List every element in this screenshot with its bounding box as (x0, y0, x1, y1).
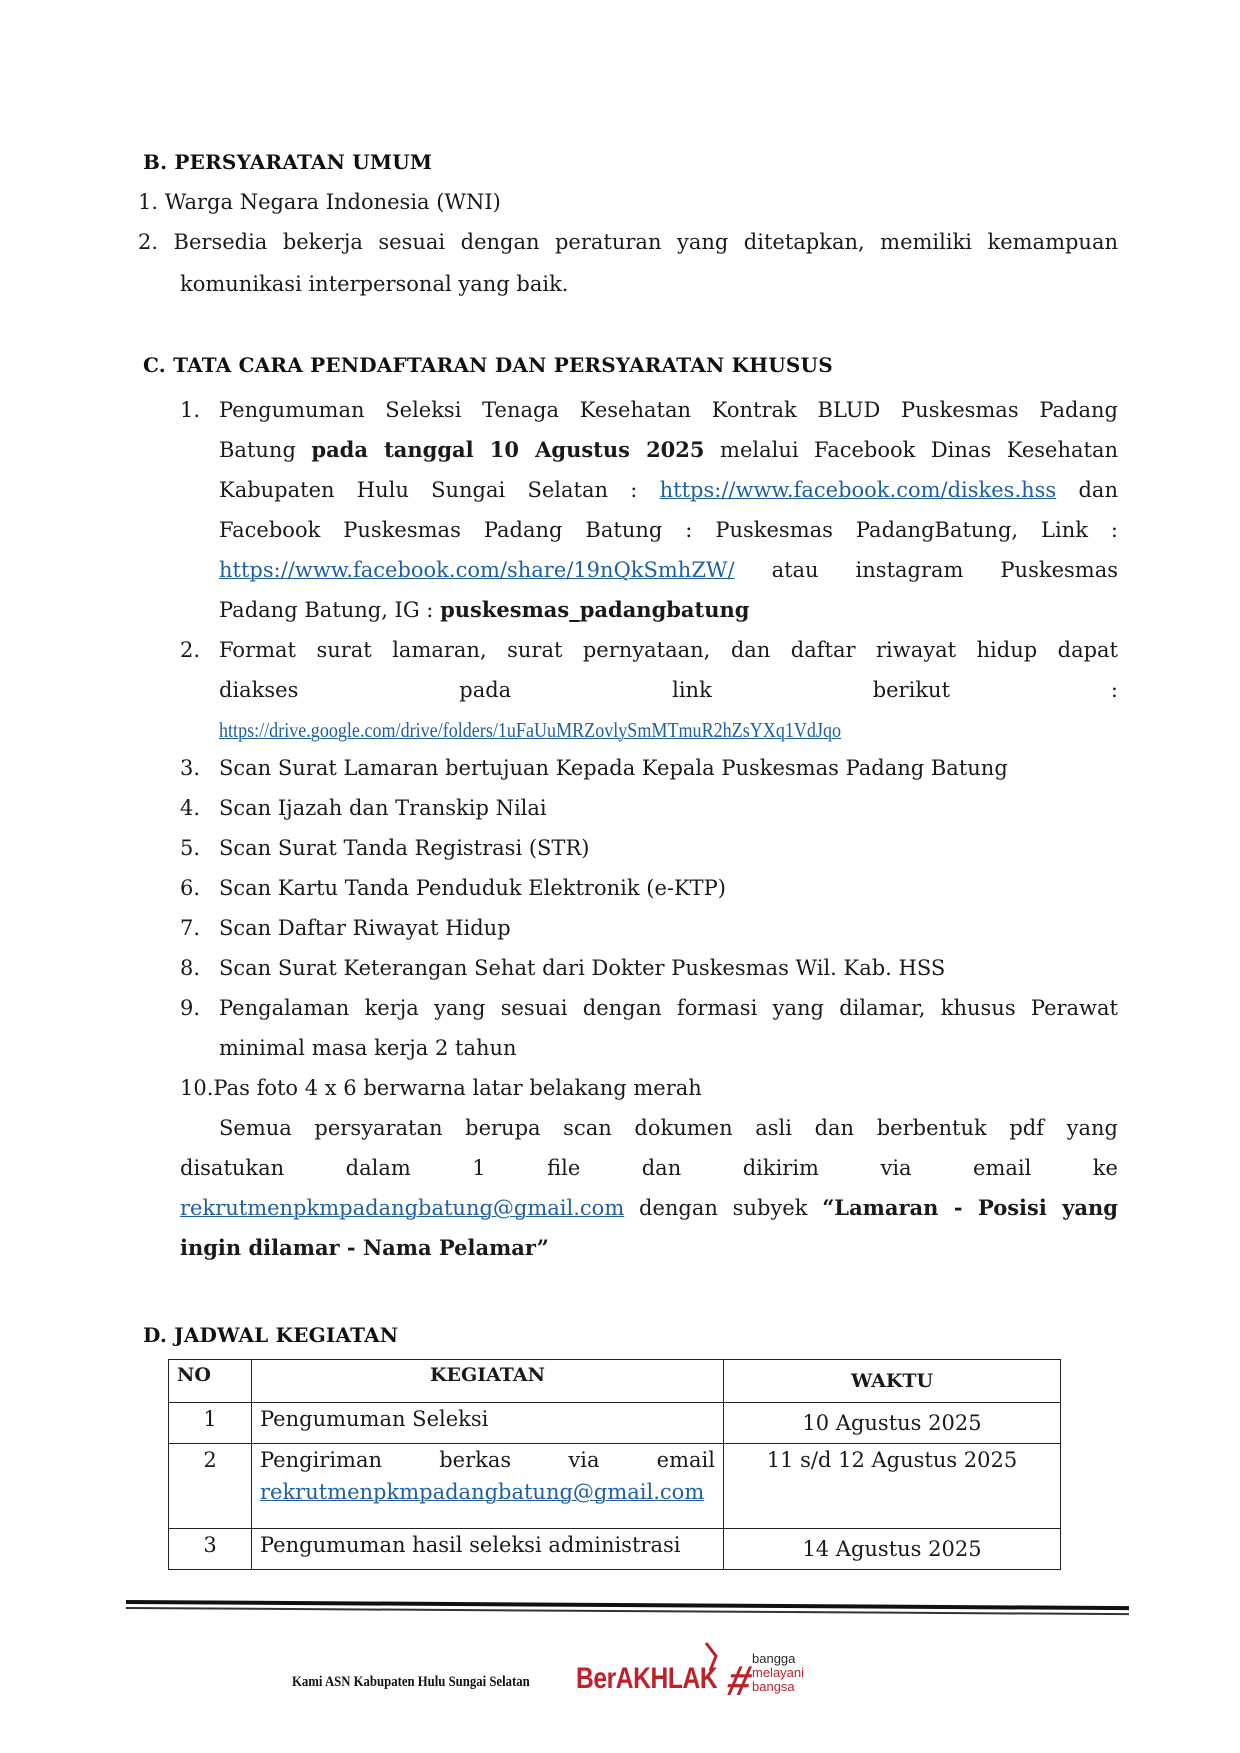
note-text: Semua persyaratan berupa scan dokumen as… (219, 1108, 1118, 1148)
item-number: 1. (138, 190, 158, 214)
text-word: via (880, 1148, 911, 1188)
section-b-heading: B. PERSYARATAN UMUM (143, 150, 432, 174)
item-text: Batung pada tanggal 10 Agustus 2025 mela… (219, 430, 1118, 470)
cell-waktu: 10 Agustus 2025 (724, 1403, 1061, 1444)
recruitment-email-link[interactable]: rekrutmenpkmpadangbatung@gmail.com (180, 1196, 624, 1220)
item-number: 2. (180, 630, 200, 670)
table-header-row: NO KEGIATAN WAKTU (169, 1360, 1061, 1403)
item-text: Scan Daftar Riwayat Hidup (219, 916, 511, 940)
hashtag-word: bangsa (752, 1680, 804, 1694)
text-word: pada (459, 670, 511, 710)
text-segment: melalui Facebook Dinas Kesehatan (720, 438, 1118, 462)
item-text: Warga Negara Indonesia (WNI) (165, 190, 501, 214)
text-word: dalam (346, 1148, 411, 1188)
item-number: 1. (180, 390, 200, 430)
cell-kegiatan: Pengumuman Seleksi (252, 1403, 724, 1444)
text-word: berkas (439, 1448, 511, 1472)
text-word: disatukan (180, 1148, 284, 1188)
note-text: disatukan dalam 1 file dan dikirim via e… (180, 1148, 1118, 1188)
column-header-no: NO (169, 1360, 252, 1403)
text-word: dikirim (743, 1148, 819, 1188)
text-segment: dan (1078, 478, 1118, 502)
item-text: Scan Surat Keterangan Sehat dari Dokter … (219, 956, 945, 980)
list-item: 2. Bersedia bekerja sesuai dengan peratu… (138, 222, 1118, 262)
cell-waktu: 14 Agustus 2025 (724, 1529, 1061, 1570)
email-subject-cont: ingin dilamar - Nama Pelamar” (180, 1228, 549, 1268)
table-row: 2 Pengiriman berkas via email rekrutmenp… (169, 1444, 1061, 1529)
list-item: 5.Scan Surat Tanda Registrasi (STR) (180, 828, 589, 868)
section-c-heading: C. TATA CARA PENDAFTARAN DAN PERSYARATAN… (143, 353, 833, 377)
item-text: Pengumuman Seleksi Tenaga Kesehatan Kont… (219, 390, 1118, 430)
hashtag-icon: # (724, 1660, 756, 1702)
text-segment: dengan subyek (639, 1196, 807, 1220)
cell-no: 1 (169, 1403, 252, 1444)
text-word: 1 (472, 1148, 485, 1188)
table-email-link[interactable]: rekrutmenpkmpadangbatung@gmail.com (260, 1480, 704, 1504)
list-item: 7.Scan Daftar Riwayat Hidup (180, 908, 511, 948)
cell-waktu: 11 s/d 12 Agustus 2025 (724, 1444, 1061, 1529)
item-text: Padang Batung, IG : puskesmas_padangbatu… (219, 590, 749, 630)
item-text: minimal masa kerja 2 tahun (219, 1028, 517, 1068)
text-word: : (1111, 670, 1118, 710)
item-text: Bersedia bekerja sesuai dengan peraturan… (174, 230, 1118, 254)
cell-kegiatan: Pengiriman berkas via email rekrutmenpkm… (252, 1444, 724, 1529)
facebook-puskesmas-link[interactable]: https://www.facebook.com/share/19nQkSmhZ… (219, 558, 735, 582)
text-word: email (973, 1148, 1031, 1188)
item-text: Facebook Puskesmas Padang Batung : Puske… (219, 510, 1118, 550)
text-segment: Batung (219, 438, 296, 462)
announcement-date: pada tanggal 10 Agustus 2025 (311, 437, 704, 462)
cell-link-wrap: rekrutmenpkmpadangbatung@gmail.com (260, 1480, 715, 1504)
cell-no: 2 (169, 1444, 252, 1529)
schedule-table: NO KEGIATAN WAKTU 1 Pengumuman Seleksi 1… (168, 1359, 1061, 1570)
text-word: email (657, 1448, 715, 1472)
item-number: 4. (180, 788, 219, 828)
section-d-heading: D. JADWAL KEGIATAN (143, 1323, 398, 1347)
berakhlak-logo: BerAKHLAK (576, 1662, 717, 1696)
note-text: rekrutmenpkmpadangbatung@gmail.com denga… (180, 1188, 1118, 1228)
item-number: 3. (180, 748, 219, 788)
column-header-waktu: WAKTU (724, 1360, 1061, 1403)
item-text: Format surat lamaran, surat pernyataan, … (219, 630, 1118, 670)
item-text: Kabupaten Hulu Sungai Selatan : https://… (219, 470, 1118, 510)
text-word: ke (1093, 1148, 1118, 1188)
item-text: Scan Surat Tanda Registrasi (STR) (219, 836, 589, 860)
item-text: https://drive.google.com/drive/folders/1… (219, 710, 841, 750)
document-page: B. PERSYARATAN UMUM 1. Warga Negara Indo… (0, 0, 1240, 1753)
footer-tagline: Kami ASN Kabupaten Hulu Sungai Selatan (292, 1674, 530, 1691)
table-row: 1 Pengumuman Seleksi 10 Agustus 2025 (169, 1403, 1061, 1444)
text-word: Pengiriman (260, 1448, 382, 1472)
chevron-right-icon (704, 1642, 718, 1672)
list-item: 1. Warga Negara Indonesia (WNI) (138, 182, 501, 222)
text-word: berikut (873, 670, 950, 710)
item-number: 10. (180, 1076, 213, 1100)
item-text: diakses pada link berikut : (219, 670, 1118, 710)
item-text: Scan Kartu Tanda Penduduk Elektronik (e-… (219, 876, 726, 900)
google-drive-link[interactable]: https://drive.google.com/drive/folders/1… (219, 718, 841, 742)
list-item: 10.Pas foto 4 x 6 berwarna latar belakan… (180, 1068, 702, 1108)
bangga-melayani-bangsa-logo: bangga melayani bangsa (752, 1652, 804, 1694)
email-subject: “Lamaran - Posisi yang (822, 1195, 1118, 1220)
item-number: 5. (180, 828, 219, 868)
item-number: 2. (138, 230, 158, 254)
text-segment: atau instagram Puskesmas (772, 558, 1118, 582)
text-word: file (547, 1148, 580, 1188)
item-text: Pengalaman kerja yang sesuai dengan form… (219, 988, 1118, 1028)
item-text: https://www.facebook.com/share/19nQkSmhZ… (219, 550, 1118, 590)
text-word: dan (642, 1148, 682, 1188)
column-header-kegiatan: KEGIATAN (252, 1360, 724, 1403)
item-text: Scan Surat Lamaran bertujuan Kepada Kepa… (219, 756, 1008, 780)
list-item: 8.Scan Surat Keterangan Sehat dari Dokte… (180, 948, 945, 988)
item-number: 7. (180, 908, 219, 948)
item-text: Pas foto 4 x 6 berwarna latar belakang m… (213, 1076, 701, 1100)
list-item: 4.Scan Ijazah dan Transkip Nilai (180, 788, 547, 828)
item-text-cont: komunikasi interpersonal yang baik. (180, 264, 568, 304)
hashtag-word: melayani (752, 1666, 804, 1680)
list-item: 6.Scan Kartu Tanda Penduduk Elektronik (… (180, 868, 726, 908)
list-item: 3.Scan Surat Lamaran bertujuan Kepada Ke… (180, 748, 1008, 788)
text-word: diakses (219, 670, 298, 710)
item-number: 8. (180, 948, 219, 988)
facebook-diskes-link[interactable]: https://www.facebook.com/diskes.hss (660, 478, 1057, 502)
text-segment: Kabupaten Hulu Sungai Selatan : (219, 478, 637, 502)
item-text: Scan Ijazah dan Transkip Nilai (219, 796, 547, 820)
text-segment: Padang Batung, IG : (219, 598, 433, 622)
text-word: via (568, 1448, 599, 1472)
text-word: link (672, 670, 712, 710)
instagram-handle: puskesmas_padangbatung (440, 597, 749, 622)
item-number: 6. (180, 868, 219, 908)
cell-kegiatan: Pengumuman hasil seleksi administrasi (252, 1529, 724, 1570)
cell-no: 3 (169, 1529, 252, 1570)
item-number: 9. (180, 988, 200, 1028)
cell-text: Pengiriman berkas via email (260, 1448, 715, 1472)
hashtag-word: bangga (752, 1652, 804, 1666)
table-row: 3 Pengumuman hasil seleksi administrasi … (169, 1529, 1061, 1570)
